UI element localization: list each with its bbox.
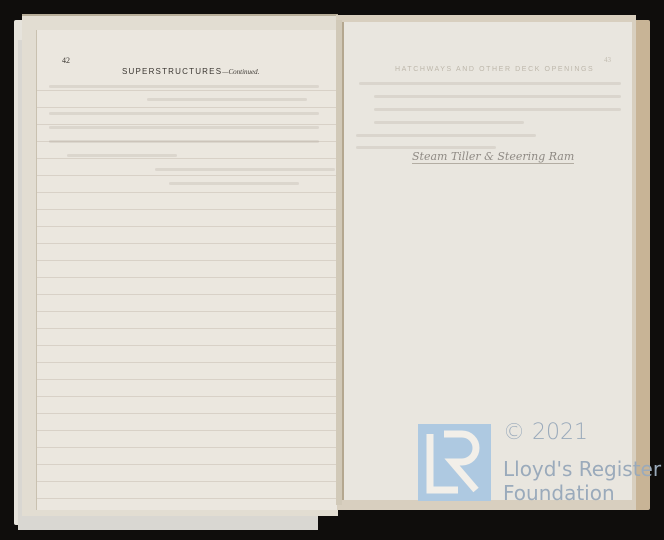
faint-printed-text xyxy=(374,108,621,111)
bleed-through-text xyxy=(147,98,307,101)
ruled-line xyxy=(37,192,337,193)
handwritten-entry: Steam Tiller & Steering Ram xyxy=(412,150,574,164)
ruled-line xyxy=(37,379,337,380)
heading-text: SUPERSTRUCTURES xyxy=(122,67,222,76)
right-page-number: 43 xyxy=(604,56,611,64)
ruled-line xyxy=(37,90,337,91)
watermark-copyright: © 2021 xyxy=(503,420,588,445)
watermark-org-name-2: Foundation xyxy=(503,481,615,505)
ruled-line xyxy=(37,345,337,346)
ruled-line xyxy=(37,481,337,482)
faint-printed-text xyxy=(356,146,496,149)
bleed-through-text xyxy=(67,154,177,157)
faint-printed-text xyxy=(374,95,621,98)
faint-printed-text xyxy=(374,121,524,124)
ruled-line xyxy=(37,430,337,431)
ruled-line xyxy=(37,124,337,125)
bleed-through-text xyxy=(169,182,299,185)
bleed-through-text xyxy=(49,85,319,88)
ruled-line xyxy=(37,464,337,465)
faint-printed-text xyxy=(356,134,536,137)
ruled-line xyxy=(37,396,337,397)
faint-printed-text xyxy=(359,82,621,85)
page-heading: SUPERSTRUCTURES—Continued. xyxy=(122,67,259,76)
ruled-line xyxy=(37,260,337,261)
bleed-through-text xyxy=(49,126,319,129)
ruled-line xyxy=(37,294,337,295)
left-page xyxy=(36,30,337,510)
bleed-through-text xyxy=(155,168,335,171)
ruled-line xyxy=(37,328,337,329)
ruled-line xyxy=(37,209,337,210)
bleed-through-text xyxy=(49,112,319,115)
heading-suffix: —Continued. xyxy=(222,68,259,76)
ruled-line xyxy=(37,311,337,312)
ruled-line xyxy=(37,498,337,499)
ruled-line xyxy=(37,362,337,363)
ruled-line xyxy=(37,158,337,159)
watermark-org-name: Lloyd's Register xyxy=(503,457,661,481)
bleed-through-text xyxy=(49,140,319,143)
ruled-line xyxy=(37,277,337,278)
right-page-heading: HATCHWAYS AND OTHER DECK OPENINGS xyxy=(395,66,594,73)
page-number: 42 xyxy=(62,56,70,65)
ruled-line xyxy=(37,243,337,244)
ruled-line xyxy=(37,226,337,227)
ruled-line xyxy=(37,447,337,448)
ruled-line xyxy=(37,413,337,414)
lr-logo-icon xyxy=(418,424,491,501)
ruled-line xyxy=(37,175,337,176)
ruled-line xyxy=(37,107,337,108)
